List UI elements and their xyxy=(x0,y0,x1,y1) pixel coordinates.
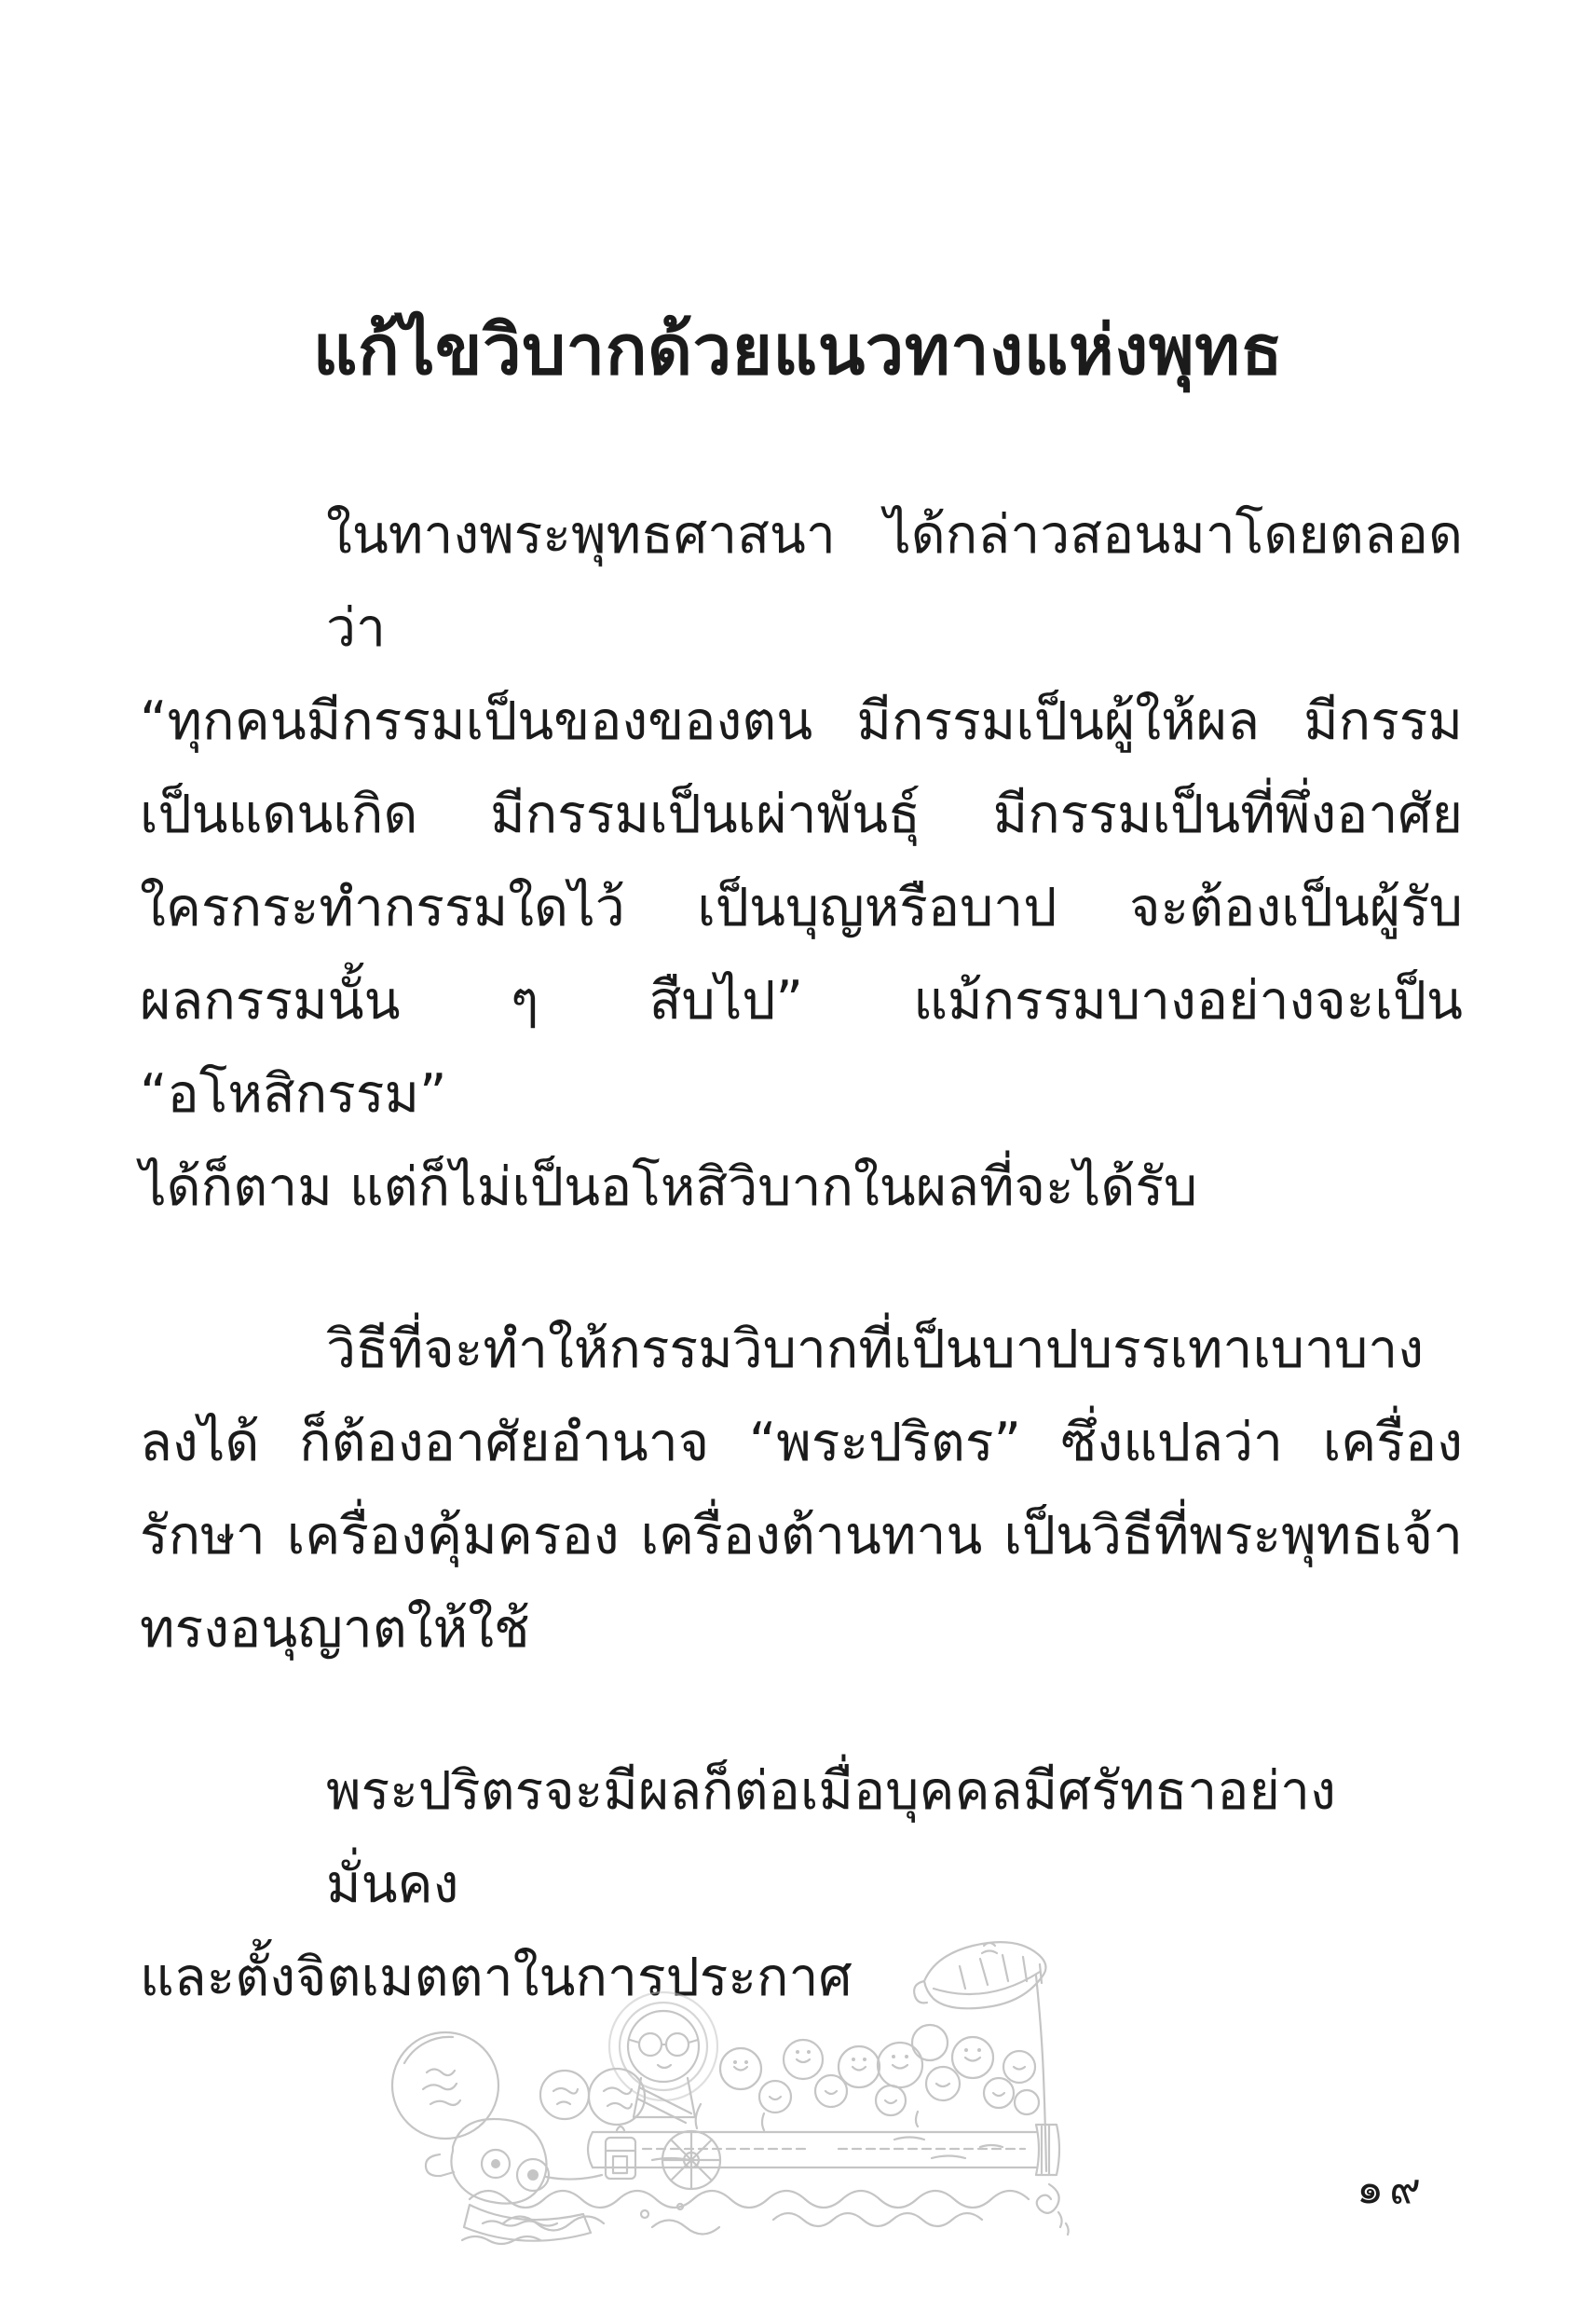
text-line: ทรงอนุญาตให้ใช้ xyxy=(140,1582,1463,1675)
paragraph: ในทางพระพุทธศาสนา ได้กล่าวสอนมาโดยตลอดว่… xyxy=(140,488,1463,1234)
paragraph: วิธีที่จะทำให้กรรมวิบากที่เป็นบาปบรรเทาเ… xyxy=(140,1303,1463,1675)
figure-with-glasses-sketch xyxy=(609,1992,717,2123)
text-line: ได้ก็ตาม แต่ก็ไม่เป็นอโหสิวิบากในผลที่จะ… xyxy=(140,1141,1463,1234)
speech-bubble-small xyxy=(540,2071,589,2119)
crowd-heads-sketch xyxy=(696,2025,1039,2130)
text-line: “ทุกคนมีกรรมเป็นของของตน มีกรรมเป็นผู้ให… xyxy=(140,675,1463,768)
page-number: ๑๙ xyxy=(1357,2154,1426,2222)
text-line: วิธีที่จะทำให้กรรมวิบากที่เป็นบาปบรรเทาเ… xyxy=(140,1303,1463,1396)
text-line: รักษา เครื่องคุ้มครอง เครื่องต้านทาน เป็… xyxy=(140,1489,1463,1582)
text-line: ลงได้ ก็ต้องอาศัยอำนาจ “พระปริตร” ซึ่งแป… xyxy=(140,1396,1463,1489)
lantern-sketch xyxy=(606,2126,635,2179)
page-title: แก้ไขวิบากด้วยแนวทางแห่งพุทธ xyxy=(0,294,1596,404)
speech-bubble-large xyxy=(392,2032,498,2139)
text-line: ผลกรรมนั้น ๆ สืบไป” แม้กรรมบางอย่างจะเป็… xyxy=(140,954,1463,1141)
cart-platform-sketch xyxy=(546,2125,1059,2180)
body-text: ในทางพระพุทธศาสนา ได้กล่าวสอนมาโดยตลอดว่… xyxy=(140,488,1463,2024)
text-line: ในทางพระพุทธศาสนา ได้กล่าวสอนมาโดยตลอดว่… xyxy=(140,488,1463,675)
waves-sketch xyxy=(470,2184,1069,2235)
text-line: ใครกระทำกรรมใดไว้ เป็นบุญหรือบาป จะต้องเ… xyxy=(140,861,1463,954)
cart-procession-illustration xyxy=(373,1927,1099,2300)
text-line: พระปริตรจะมีผลก็ต่อเมื่อบุคคลมีศรัทธาอย่… xyxy=(140,1744,1463,1931)
text-line: เป็นแดนเกิด มีกรรมเป็นเผ่าพันธุ์ มีกรรมเ… xyxy=(140,768,1463,861)
wheel-sketch xyxy=(662,2131,720,2189)
book-page: แก้ไขวิบากด้วยแนวทางแห่งพุทธ ในทางพระพุท… xyxy=(0,0,1596,2311)
